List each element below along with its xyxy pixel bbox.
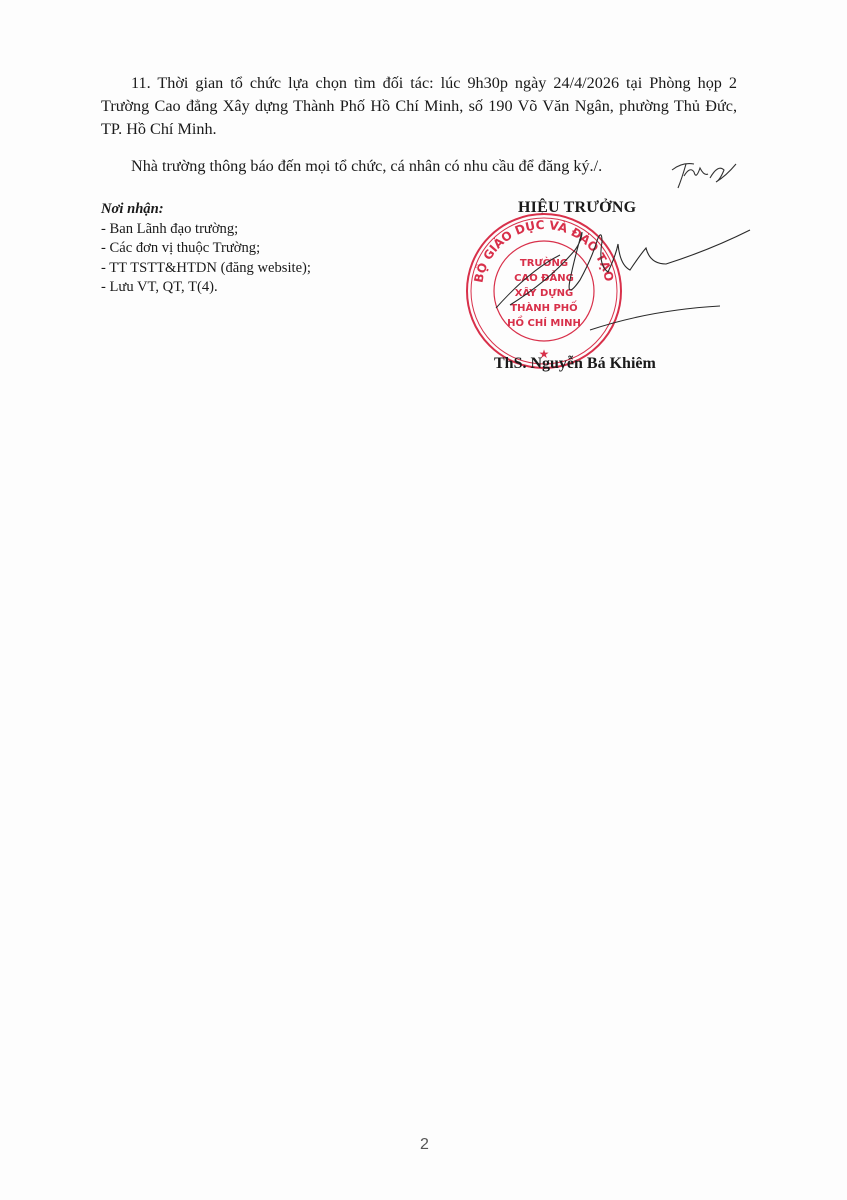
handwritten-signature-icon [470, 210, 770, 360]
recipients-title: Nơi nhận: [101, 200, 311, 220]
recipient-item: - Các đơn vị thuộc Trường; [101, 239, 311, 259]
page-number: 2 [420, 1136, 429, 1154]
paragraph-item-11: 11. Thời gian tổ chức lựa chọn tìm đối t… [101, 72, 737, 141]
recipient-item: - Ban Lãnh đạo trường; [101, 220, 311, 240]
recipient-item: - Lưu VT, QT, T(4). [101, 278, 311, 298]
signer-name: ThS. Nguyễn Bá Khiêm [494, 355, 656, 373]
recipient-item: - TT TSTT&HTDN (đăng website); [101, 259, 311, 279]
recipients-block: Nơi nhận: - Ban Lãnh đạo trường; - Các đ… [101, 200, 311, 298]
closing-paragraph: Nhà trường thông báo đến mọi tổ chức, cá… [101, 155, 737, 178]
initials-mark-icon [668, 158, 738, 190]
document-page: 11. Thời gian tổ chức lựa chọn tìm đối t… [0, 0, 847, 1200]
